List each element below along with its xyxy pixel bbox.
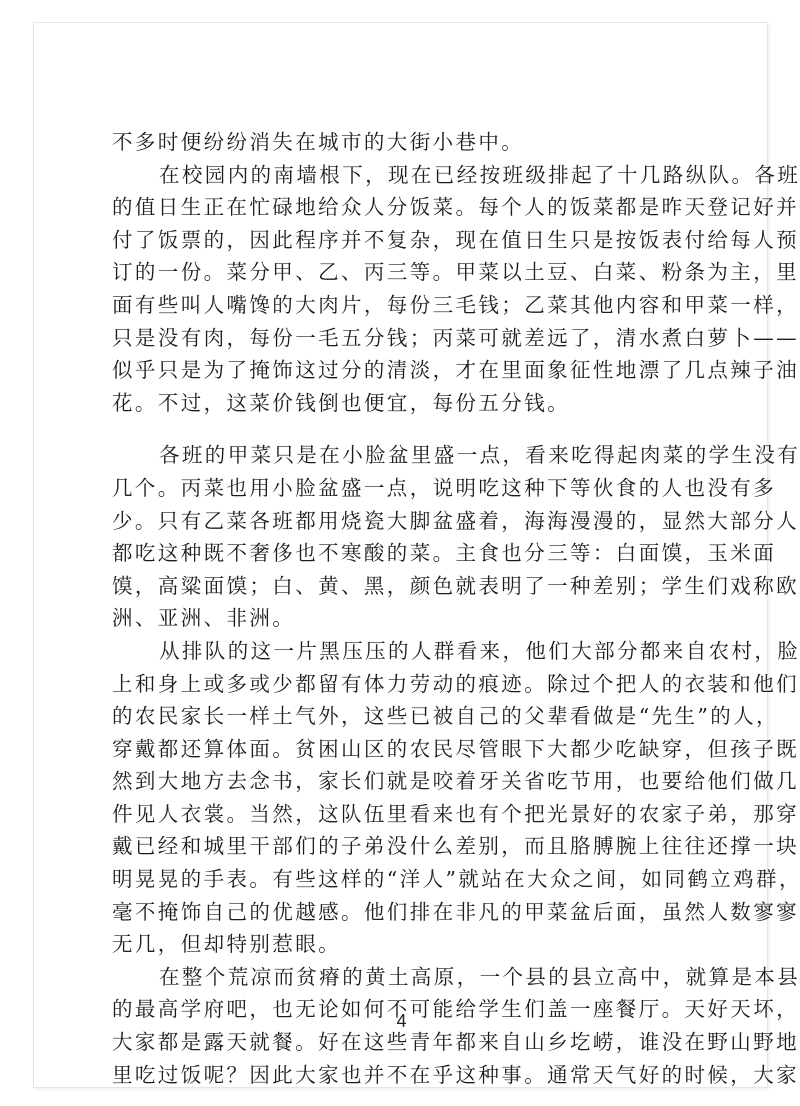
text-line: 少。只有乙菜各班都用烧瓷大脚盆盛着，海海漫漫的，显然大部分人 xyxy=(112,505,684,538)
text-line: 里吃过饭呢？因此大家也并不在乎这种事。通常天气好的时候，大家 xyxy=(112,1059,684,1092)
text-line: 无几，但却特别惹眼。 xyxy=(112,928,684,961)
text-line: 在校园内的南墙根下，现在已经按班级排起了十几路纵队。各班 xyxy=(112,159,684,192)
text-line: 馍，高粱面馍；白、黄、黑，颜色就表明了一种差别；学生们戏称欧 xyxy=(112,570,684,603)
text-line: 明晃晃的手表。有些这样的“洋人”就站在大众之间，如同鹤立鸡群， xyxy=(112,863,684,896)
text-line: 洲、亚洲、非洲。 xyxy=(112,602,684,635)
text-line: 付了饭票的，因此程序并不复杂，现在值日生只是按饭表付给每人预 xyxy=(112,224,684,257)
text-line: 毫不掩饰自己的优越感。他们排在非凡的甲菜盆后面，虽然人数寥寥 xyxy=(112,896,684,929)
text-line: 穿戴都还算体面。贫困山区的农民尽管眼下大都少吃缺穿，但孩子既 xyxy=(112,733,684,766)
text-line: 然到大地方去念书，家长们就是咬着牙关省吃节用，也要给他们做几 xyxy=(112,765,684,798)
text-line: 戴已经和城里干部们的子弟没什么差别，而且胳膊腕上往往还撑一块 xyxy=(112,830,684,863)
text-line: 不多时便纷纷消失在城市的大街小巷中。 xyxy=(112,126,684,159)
text-line: 面有些叫人嘴馋的大肉片，每份三毛钱；乙菜其他内容和甲菜一样， xyxy=(112,289,684,322)
document-page: 不多时便纷纷消失在城市的大街小巷中。在校园内的南墙根下，现在已经按班级排起了十几… xyxy=(33,22,768,1088)
paragraph: 从排队的这一片黑压压的人群看来，他们大部分都来自农村，脸上和身上或多或少都留有体… xyxy=(112,635,684,961)
text-line: 都吃这种既不奢侈也不寒酸的菜。主食也分三等：白面馍，玉米面 xyxy=(112,537,684,570)
text-line: 的值日生正在忙碌地给众人分饭菜。每个人的饭菜都是昨天登记好并 xyxy=(112,191,684,224)
paragraph: 在校园内的南墙根下，现在已经按班级排起了十几路纵队。各班的值日生正在忙碌地给众人… xyxy=(112,159,684,420)
page-number: 4 xyxy=(34,1011,769,1032)
text-line: 订的一份。菜分甲、乙、丙三等。甲菜以土豆、白菜、粉条为主，里 xyxy=(112,256,684,289)
paragraph-gap xyxy=(112,419,684,439)
paragraph: 各班的甲菜只是在小脸盆里盛一点，看来吃得起肉菜的学生没有几个。丙菜也用小脸盆盛一… xyxy=(112,439,684,635)
text-line: 似乎只是为了掩饰这过分的清淡，才在里面象征性地漂了几点辣子油 xyxy=(112,354,684,387)
text-line: 只是没有肉，每份一毛五分钱；丙菜可就差远了，清水煮白萝卜—— xyxy=(112,322,684,355)
text-line: 花。不过，这菜价钱倒也便宜，每份五分钱。 xyxy=(112,387,684,420)
text-line: 在整个荒凉而贫瘠的黄土高原，一个县的县立高中，就算是本县 xyxy=(112,961,684,994)
text-line: 上和身上或多或少都留有体力劳动的痕迹。除过个把人的衣装和他们 xyxy=(112,668,684,701)
paragraph: 不多时便纷纷消失在城市的大街小巷中。 xyxy=(112,126,684,159)
body-text: 不多时便纷纷消失在城市的大街小巷中。在校园内的南墙根下，现在已经按班级排起了十几… xyxy=(112,126,684,1091)
text-line: 几个。丙菜也用小脸盆盛一点，说明吃这种下等伙食的人也没有多 xyxy=(112,472,684,505)
text-line: 从排队的这一片黑压压的人群看来，他们大部分都来自农村，脸 xyxy=(112,635,684,668)
text-line: 各班的甲菜只是在小脸盆里盛一点，看来吃得起肉菜的学生没有 xyxy=(112,439,684,472)
text-line: 的农民家长一样土气外，这些已被自己的父辈看做是“先生”的人， xyxy=(112,700,684,733)
text-line: 件见人衣裳。当然，这队伍里看来也有个把光景好的农家子弟，那穿 xyxy=(112,798,684,831)
